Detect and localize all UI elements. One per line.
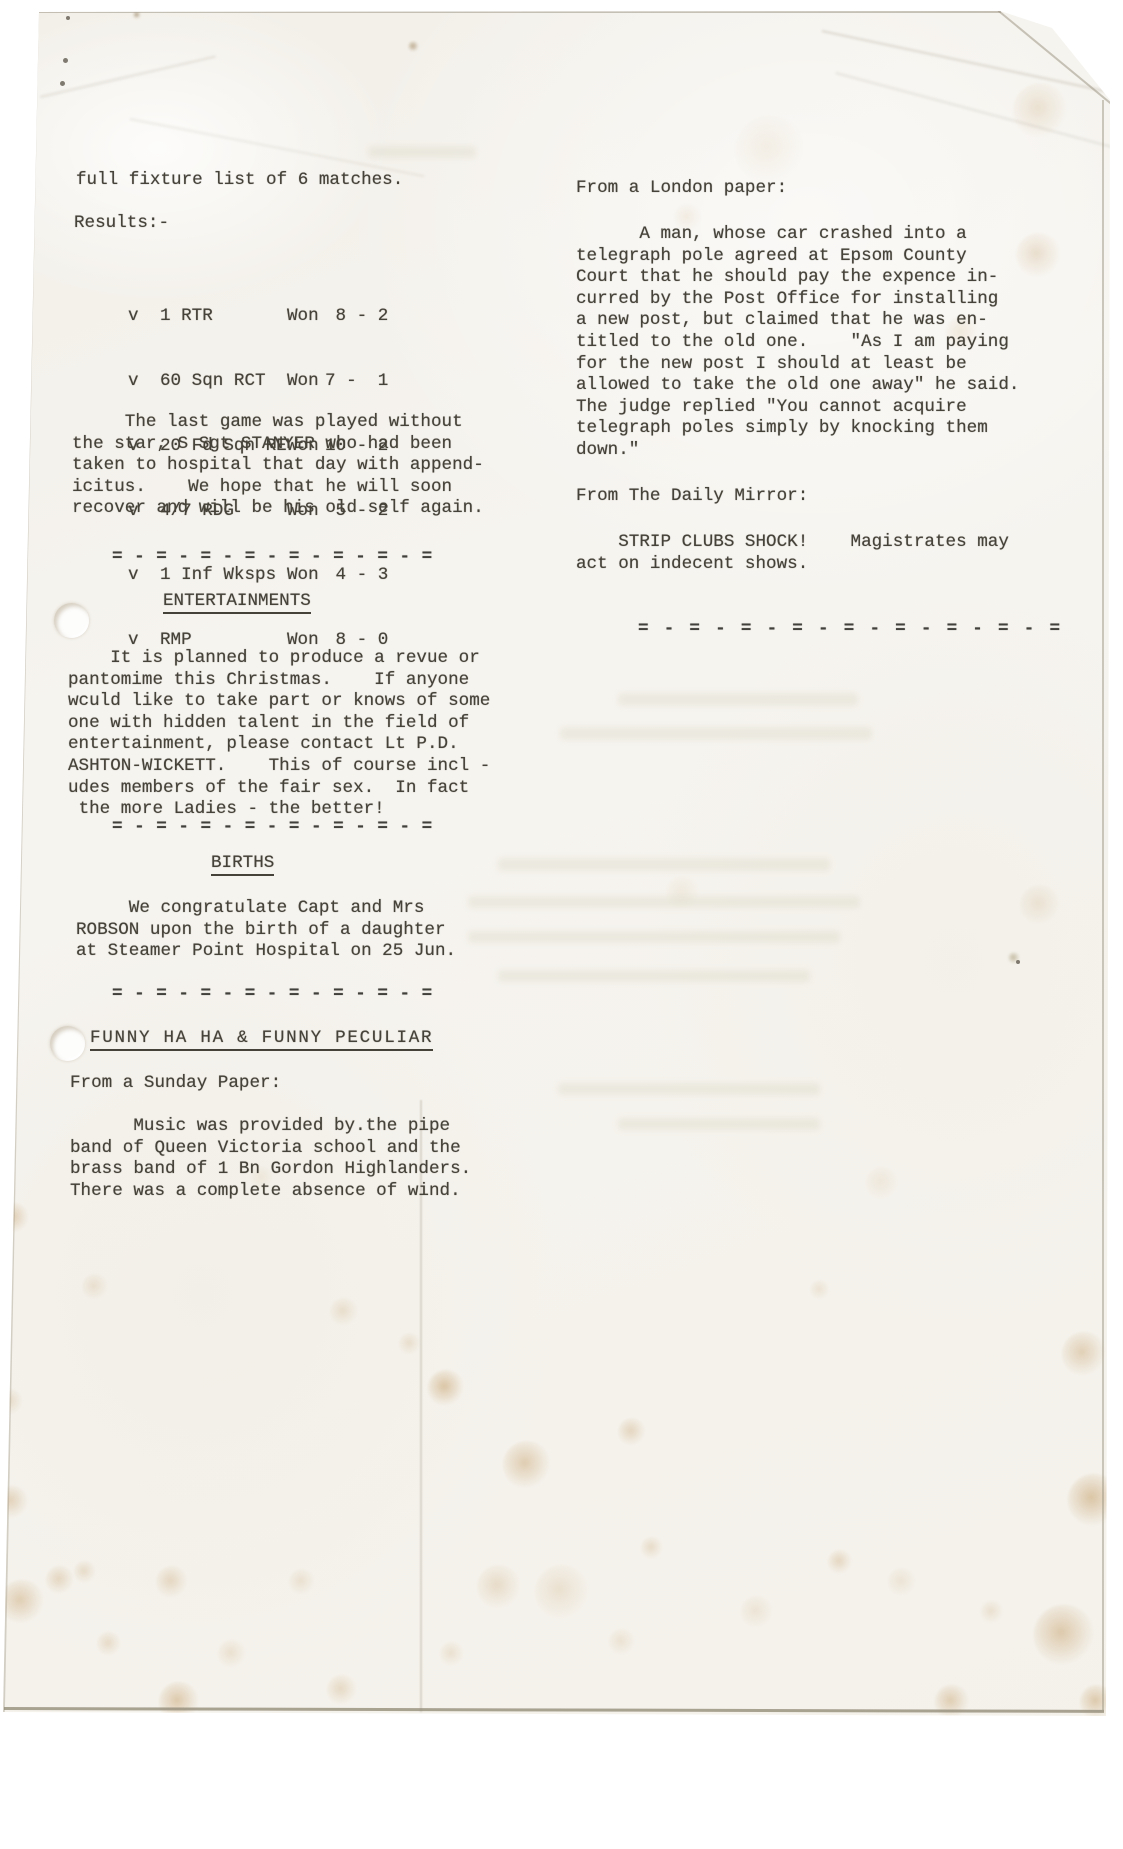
births-paragraph: We congratulate Capt and Mrs ROBSON upon… [76, 898, 516, 963]
staple-mark-speck [63, 58, 68, 63]
foxing-stain [330, 1298, 358, 1326]
results-row: v1 RTRWon 8 - 2 [128, 306, 388, 328]
sunday-paper-source-line: From a Sunday Paper: [70, 1073, 410, 1095]
punch-hole [54, 603, 89, 638]
london-paper-source-line: From a London paper: [576, 178, 916, 200]
versus-marker: v [128, 306, 160, 328]
foxing-stain [218, 1640, 246, 1668]
daily-mirror-paragraph: STRIP CLUBS SHOCK! Magistrates may act o… [576, 532, 1046, 575]
foxing-stain [828, 1550, 852, 1574]
foxing-stain [159, 1682, 199, 1722]
bleed-through-ghost-text [498, 858, 830, 871]
foxing-stain [503, 1441, 551, 1489]
section-divider: = - = - = - = - = - = - = - = - = [638, 619, 1062, 641]
foxing-stain [1034, 1605, 1094, 1665]
foxing-stain [1020, 885, 1060, 925]
opponent-name: 1 RTR [160, 306, 287, 328]
foxing-stain [327, 1675, 357, 1705]
section-divider: = - = - = - = - = - = - = - = [112, 984, 433, 1006]
punch-hole [50, 1026, 85, 1061]
results-heading: Results:- [74, 213, 274, 235]
foxing-stain [156, 1566, 188, 1598]
bleed-through-ghost-text [560, 727, 872, 740]
paper-edge-line [3, 12, 39, 1714]
paper-edge-line [4, 1707, 1104, 1712]
bleed-through-ghost-text [498, 970, 810, 982]
daily-mirror-source-line: From The Daily Mirror: [576, 486, 916, 508]
staple-mark-speck [1016, 960, 1020, 964]
paper-crease [130, 118, 425, 177]
foxing-stain [1068, 1474, 1120, 1526]
foxing-stain [0, 1486, 28, 1518]
staple-mark-speck [66, 16, 70, 20]
foxing-stain [428, 1370, 464, 1406]
foxing-stain [82, 1274, 108, 1300]
births-heading: BIRTHS [211, 853, 274, 875]
paper-edge-line [998, 10, 1112, 105]
paper-crease [40, 56, 216, 98]
scanned-newsletter-page: full fixture list of 6 matches. Results:… [0, 0, 1123, 1849]
paper-edge-line [1102, 100, 1104, 1710]
foxing-stain [666, 876, 700, 910]
bleed-through-ghost-text [618, 693, 858, 706]
match-result: Won [287, 306, 325, 328]
foxing-stain [1008, 952, 1020, 964]
match-report-paragraph: The last game was played without the sta… [72, 412, 512, 520]
foxing-stain [97, 1632, 121, 1656]
match-score: 7 - 1 [325, 371, 388, 393]
foxing-stain [609, 1629, 635, 1655]
foxing-stain [133, 11, 141, 19]
paper-edge-line [39, 11, 1001, 13]
opponent-name: 60 Sqn RCT [160, 371, 287, 393]
foxing-stain [440, 1642, 464, 1666]
foxing-stain [935, 1685, 969, 1719]
foxing-stain [289, 1569, 315, 1595]
bleed-through-ghost-text [368, 146, 476, 158]
bleed-through-ghost-text [468, 896, 860, 908]
foxing-stain [46, 1566, 74, 1594]
versus-marker: v [128, 371, 160, 393]
paper-crease [822, 30, 1121, 95]
foxing-stain [888, 1568, 916, 1596]
foxing-stain [741, 1596, 773, 1628]
bleed-through-ghost-text [618, 1118, 820, 1130]
foxing-stain [1062, 1332, 1106, 1376]
foxing-stain [641, 1537, 663, 1559]
london-paper-paragraph: A man, whose car crashed into a telegrap… [576, 224, 1046, 462]
foxing-stain [866, 1167, 898, 1199]
foxing-stain [74, 1561, 96, 1583]
foxing-stain [1013, 83, 1068, 138]
foxing-stain [810, 1280, 830, 1300]
foxing-stain [535, 1565, 589, 1619]
foxing-stain [1080, 1685, 1114, 1719]
bleed-through-ghost-text [468, 931, 840, 943]
staple-mark-speck [60, 81, 65, 86]
foxing-stain [0, 1203, 29, 1233]
foxing-stain [0, 1389, 23, 1415]
foxing-stain [477, 1565, 521, 1609]
foxing-stain [618, 1418, 646, 1446]
foxing-stain [0, 1580, 44, 1624]
foxing-stain [735, 115, 805, 185]
sunday-paper-paragraph: Music was provided by.the pipe band of Q… [70, 1116, 510, 1202]
foxing-stain [981, 1601, 1003, 1623]
foxing-stain [408, 41, 419, 52]
paper-crease [835, 72, 1116, 149]
entertainments-heading: ENTERTAINMENTS [163, 591, 311, 613]
fixture-intro-line: full fixture list of 6 matches. [76, 170, 516, 192]
section-divider: = - = - = - = - = - = - = - = [112, 547, 433, 569]
match-result: Won [287, 371, 325, 393]
results-row: v60 Sqn RCTWon7 - 1 [128, 371, 388, 393]
section-divider: = - = - = - = - = - = - = - = [112, 817, 433, 839]
bleed-through-ghost-text [558, 1083, 820, 1095]
entertainments-paragraph: It is planned to produce a revue or pant… [68, 648, 513, 821]
funny-heading: FUNNY HA HA & FUNNY PECULIAR [90, 1028, 433, 1050]
foxing-stain [399, 1333, 421, 1355]
match-score: 8 - 2 [325, 306, 388, 328]
paper-sheet: full fixture list of 6 matches. Results:… [0, 0, 1123, 1849]
